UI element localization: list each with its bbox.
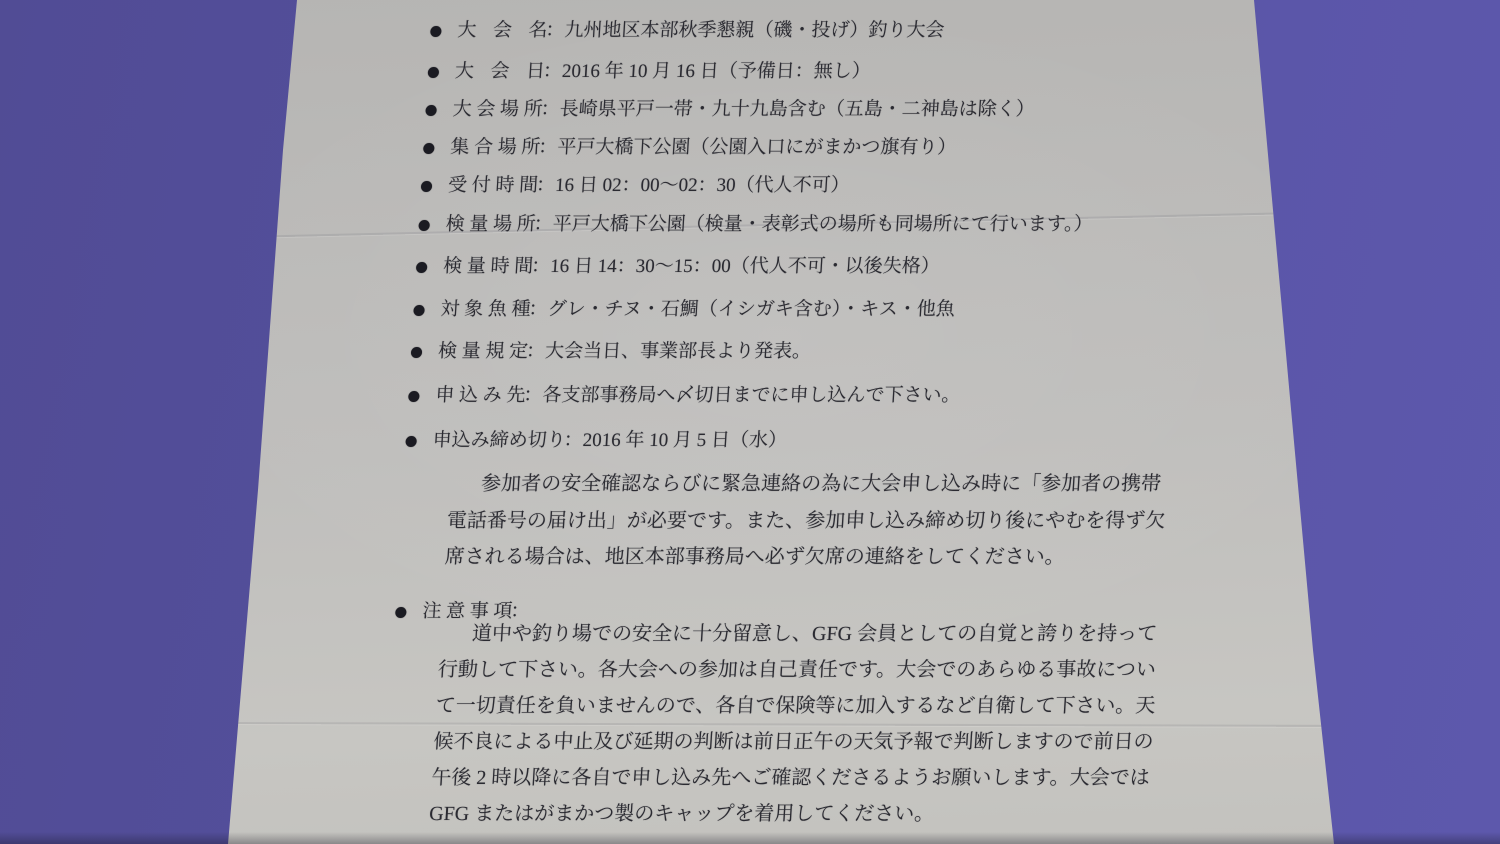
list-item-reception-time: 受付時間 ： 16 日 02：00～02：30（代人不可） <box>420 176 1241 196</box>
list-item-weigh-in-place: 検量場所 ： 平戸大橋下公園（検量・表彰式の場所も同場所にて行います。） <box>418 215 1239 235</box>
item-separator: ： <box>533 257 550 277</box>
item-value: 2016 年 10 月 5 日（水） <box>582 431 787 451</box>
item-separator: ： <box>535 215 552 235</box>
item-separator: ： <box>565 431 582 451</box>
item-label: 大会名 <box>457 21 548 41</box>
list-item-application-deadline: 申込み締め切り ： 2016 年 10 月 5 日（水） <box>405 431 1226 451</box>
item-label: 申込み先 <box>435 386 526 406</box>
item-value: 平戸大橋下公園（検量・表彰式の場所も同場所にて行います。） <box>552 215 1093 235</box>
bullet-icon <box>416 262 428 273</box>
item-separator: ： <box>525 386 542 406</box>
list-item-tournament-date: 大会日 ： 2016 年 10 月 16 日（予備日：無し） <box>427 62 1248 82</box>
list-item-tournament-name: 大会名 ： 九州地区本部秋季懇親（磯・投げ）釣り大会 <box>430 21 1251 41</box>
item-label: 申込み締め切り <box>432 431 566 451</box>
item-label: 対象魚種 <box>440 300 531 320</box>
item-value: 16 日 14：30～15：00（代人不可・以後失格） <box>550 257 941 277</box>
item-separator: ： <box>540 138 557 158</box>
paragraph-line: 道中や釣り場での安全に十分留意し、GFG 会員としての自覚と誇りを持って <box>439 616 1215 652</box>
bullet-icon <box>421 181 433 192</box>
list-item-weigh-in-rules: 検量規定 ： 大会当日、事業部長より発表。 <box>410 342 1231 362</box>
item-value: グレ・チヌ・石鯛（イシガキ含む）・キス・他魚 <box>547 300 955 320</box>
paragraph-line: 行動して下さい。各大会への参加は自己責任です。大会でのあらゆる事故につい <box>437 652 1213 688</box>
item-value: 16 日 02：00～02：30（代人不可） <box>554 176 850 196</box>
bullet-icon <box>408 391 420 402</box>
table-edge-shadow <box>0 832 1500 844</box>
bullet-icon <box>411 347 423 358</box>
application-note-paragraph: 参加者の安全確認ならびに緊急連絡の為に大会申し込み時に「参加者の携帯 電話番号の… <box>444 466 1225 576</box>
item-label: 大会日 <box>454 62 545 82</box>
paragraph-line: 参加者の安全確認ならびに緊急連絡の為に大会申し込み時に「参加者の携帯 <box>448 466 1224 503</box>
document-content: 大会名 ： 九州地区本部秋季懇親（磯・投げ）釣り大会 大会日 ： 2016 年 … <box>382 21 1251 832</box>
paragraph-line: て一切責任を負いませんので、各自で保険等に加入するなど自衛して下さい。天 <box>435 688 1211 724</box>
item-label: 検量場所 <box>445 215 536 235</box>
item-separator: ： <box>527 342 544 362</box>
item-value: 2016 年 10 月 16 日（予備日：無し） <box>561 62 871 82</box>
bullet-icon <box>423 143 435 154</box>
caution-note-paragraph: 道中や釣り場での安全に十分留意し、GFG 会員としての自覚と誇りを持って 行動し… <box>428 616 1215 832</box>
bullet-icon <box>395 607 407 618</box>
bullet-icon <box>425 105 437 116</box>
item-separator: ： <box>544 62 561 82</box>
list-item-weigh-in-time: 検量時間 ： 16 日 14：30～15：00（代人不可・以後失格） <box>416 257 1237 277</box>
paragraph-line: 候不良による中止及び延期の判断は前日正午の天気予報で判断しますので前日の <box>432 724 1208 760</box>
item-separator: ： <box>542 100 559 120</box>
item-label: 大会場所 <box>452 100 543 120</box>
item-value: 平戸大橋下公園（公園入口にがまかつ旗有り） <box>557 138 957 158</box>
item-label: 検量規定 <box>437 342 528 362</box>
item-label: 集合場所 <box>450 138 541 158</box>
item-label: 検量時間 <box>443 257 534 277</box>
list-item-tournament-venue: 大会場所 ： 長崎県平戸一帯・九十九島含む（五島・二神島は除く） <box>425 100 1246 120</box>
item-separator: ： <box>537 176 554 196</box>
list-item-target-fish: 対象魚種 ： グレ・チヌ・石鯛（イシガキ含む）・キス・他魚 <box>413 300 1234 320</box>
photo-of-document: 大会名 ： 九州地区本部秋季懇親（磯・投げ）釣り大会 大会日 ： 2016 年 … <box>0 0 1500 844</box>
paragraph-line: GFG またはがまかつ製のキャップを着用してください。 <box>428 796 1204 832</box>
bullet-icon <box>405 436 417 447</box>
list-item-meeting-place: 集合場所 ： 平戸大橋下公園（公園入口にがまかつ旗有り） <box>423 138 1244 158</box>
item-value: 各支部事務局へ〆切日までに申し込んで下さい。 <box>542 386 961 406</box>
bullet-icon <box>430 26 442 37</box>
list-item-application-to: 申込み先 ： 各支部事務局へ〆切日までに申し込んで下さい。 <box>408 386 1229 406</box>
item-value: 大会当日、事業部長より発表。 <box>544 342 811 362</box>
item-value: 長崎県平戸一帯・九十九島含む（五島・二神島は除く） <box>559 100 1035 120</box>
bullet-icon <box>428 67 440 78</box>
paragraph-line: 電話番号の届け出」が必要です。また、参加申し込み締め切り後にやむを得ず欠 <box>446 503 1222 540</box>
paragraph-line: 席される場合は、地区本部事務局へ必ず欠席の連絡をしてください。 <box>444 539 1220 576</box>
item-separator: ： <box>547 21 564 41</box>
bullet-icon <box>413 305 425 316</box>
item-label: 受付時間 <box>447 176 538 196</box>
paragraph-line: 午後 2 時以降に各自で申し込み先へご確認くださるようお願いします。大会では <box>430 760 1206 796</box>
item-separator: ： <box>530 300 547 320</box>
item-value: 九州地区本部秋季懇親（磯・投げ）釣り大会 <box>564 21 945 41</box>
bullet-icon <box>418 220 430 231</box>
